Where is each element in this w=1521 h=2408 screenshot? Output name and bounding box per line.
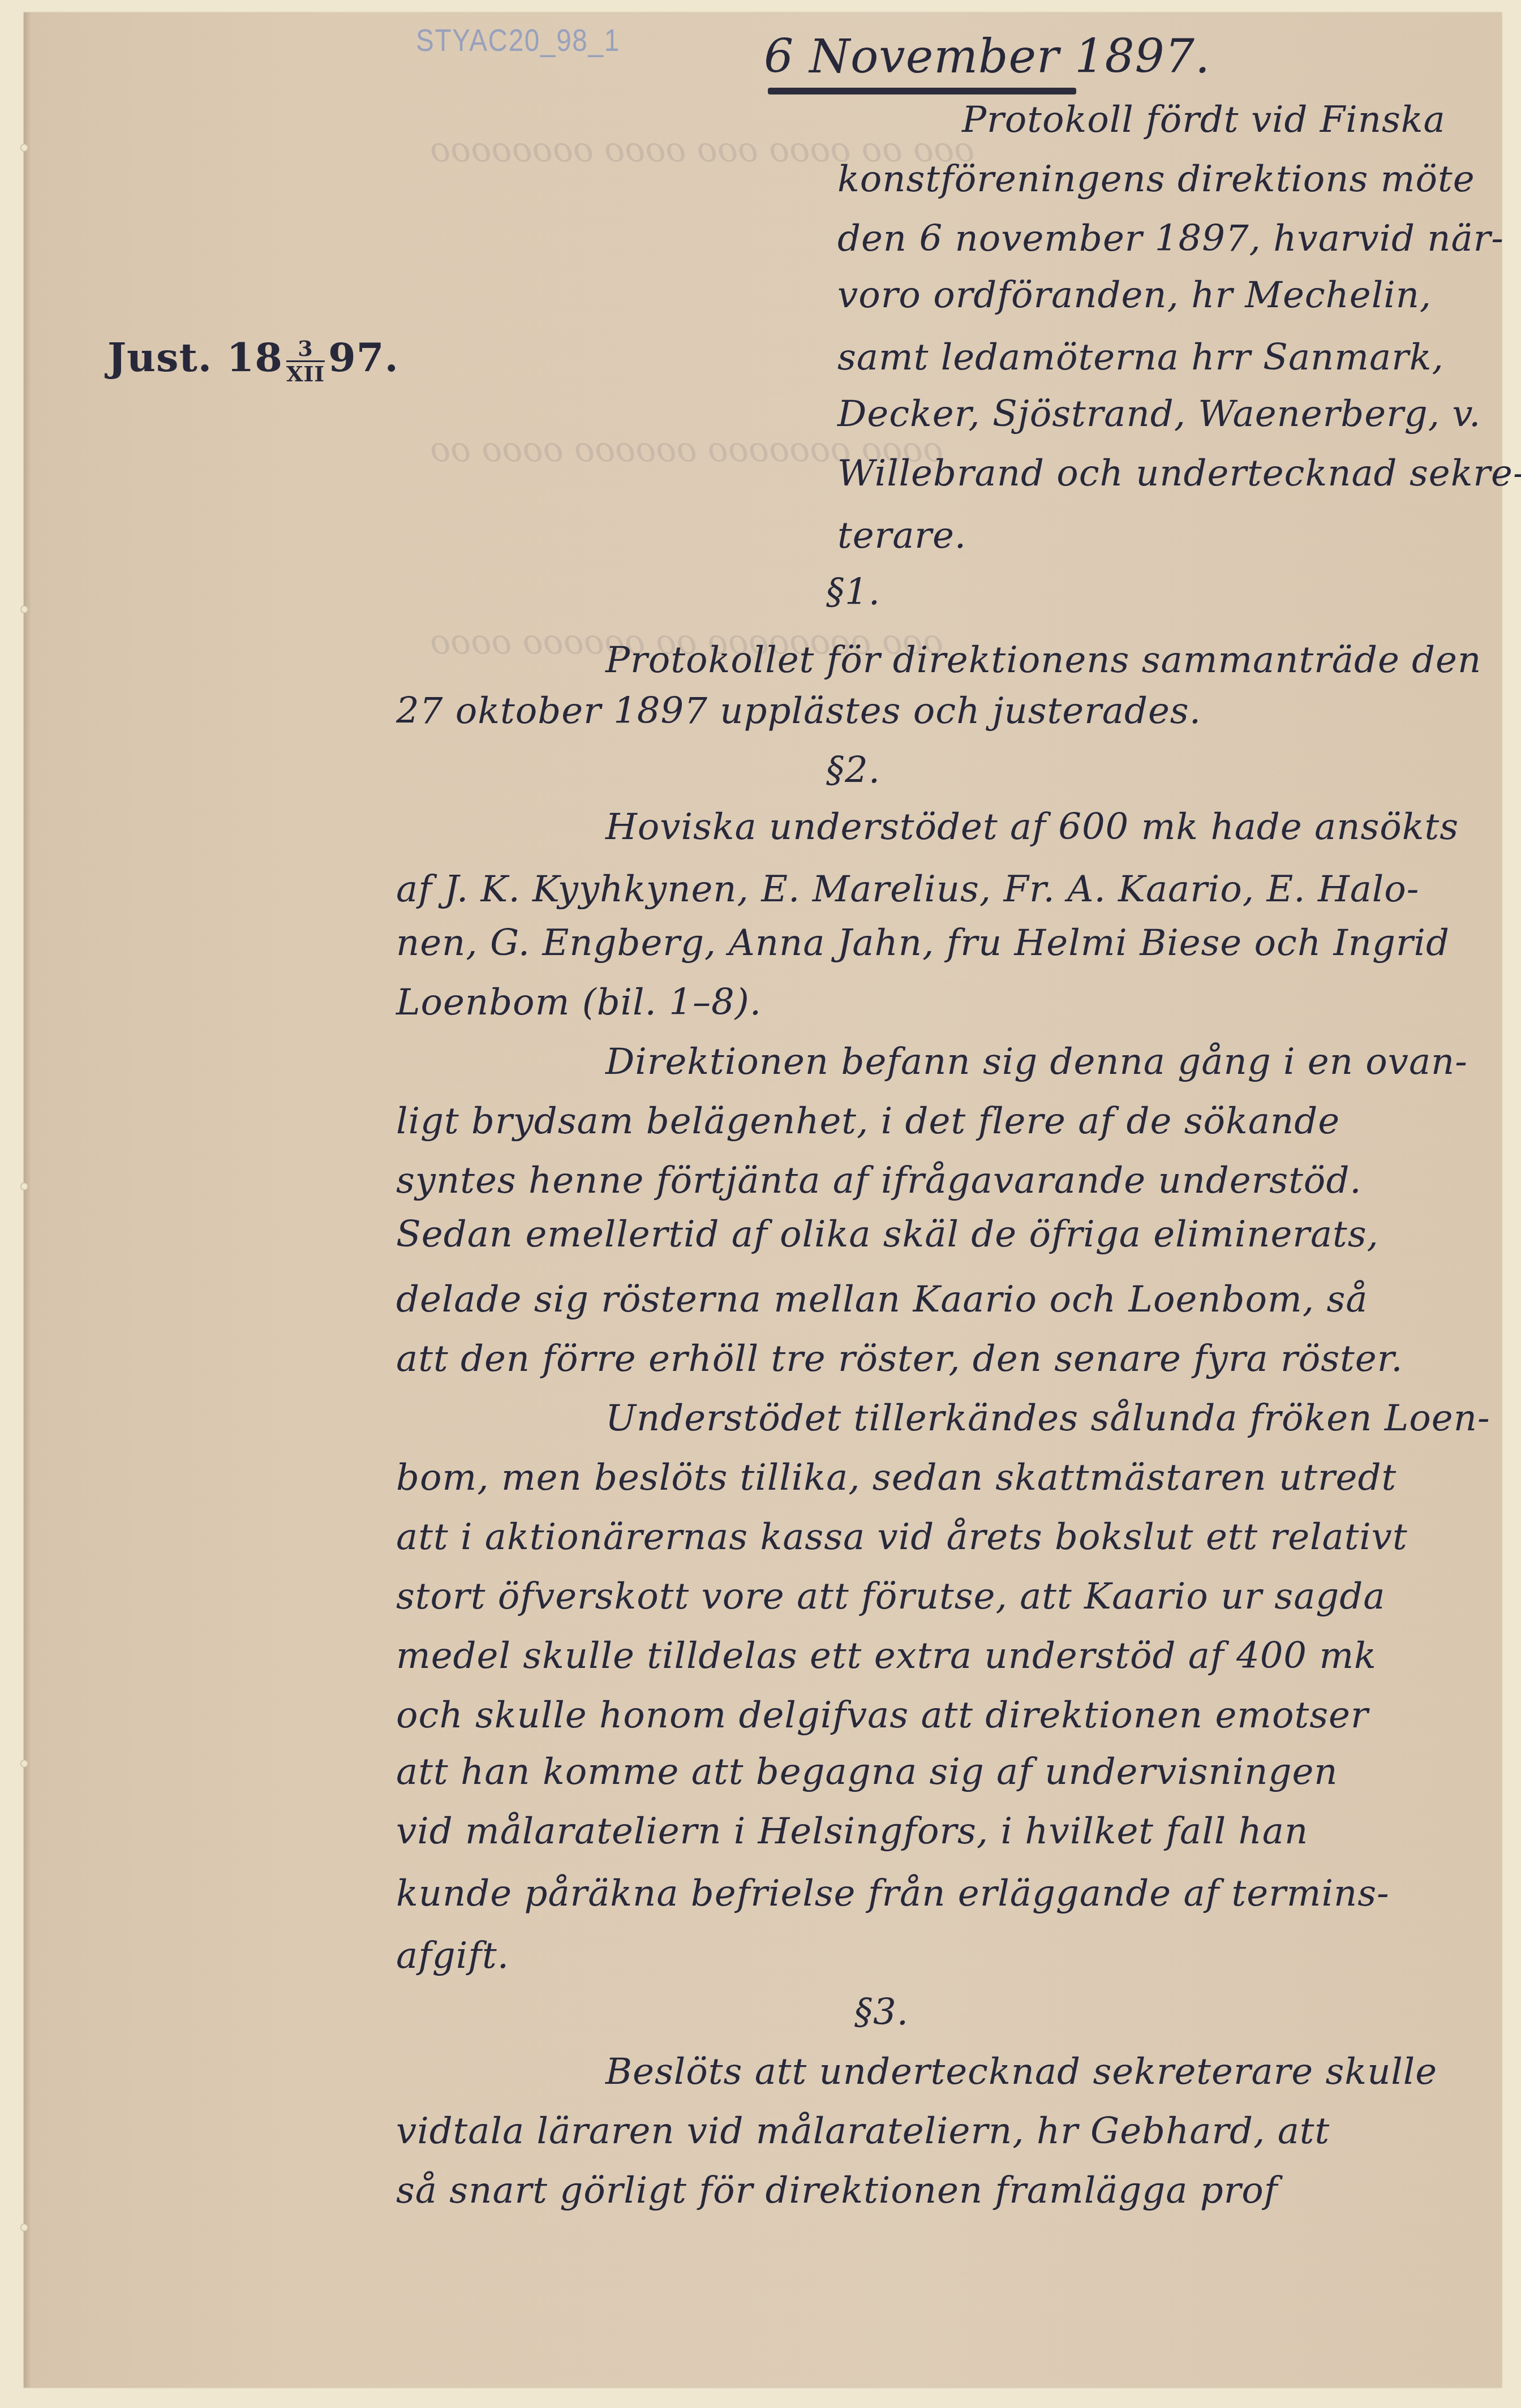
section-2-line: att i aktionärernas kassa vid årets boks… — [396, 1519, 1408, 1555]
intro-line: Decker, Sjöstrand, Waenerberg, v. — [837, 396, 1481, 432]
section-3-line: Beslöts att undertecknad sekreterare sku… — [605, 2054, 1437, 2090]
punch-hole — [20, 1760, 28, 1768]
section-2-line: Loenbom (bil. 1–8). — [396, 984, 762, 1021]
margin-note-prefix: Just. 18 — [108, 334, 283, 381]
section-2-line: ligt brydsam belägenhet, i det flere af … — [396, 1103, 1340, 1139]
section-heading-1: §1. — [826, 574, 880, 610]
intro-line: Willebrand och undertecknad sekre- — [837, 455, 1521, 492]
date-heading: 6 November 1897. — [764, 34, 1210, 80]
section-2-line: stort öfverskott vore att förutse, att K… — [396, 1579, 1385, 1615]
intro-line: terare. — [837, 518, 966, 554]
section-2-line: bom, men beslöts tillika, sedan skattmäs… — [396, 1460, 1397, 1496]
section-2-line: Understödet tillerkändes sålunda fröken … — [605, 1400, 1490, 1437]
section-2-line: vid målarateliern i Helsingfors, i hvilk… — [396, 1813, 1308, 1850]
intro-line: voro ordföranden, hr Mechelin, — [837, 277, 1432, 313]
section-2-line: medel skulle tilldelas ett extra underst… — [396, 1638, 1377, 1674]
section-3-line: vidtala läraren vid målarateliern, hr Ge… — [396, 2113, 1330, 2149]
section-2-line: nen, G. Engberg, Anna Jahn, fru Helmi Bi… — [396, 925, 1450, 961]
section-2-line: Hoviska understödet af 600 mk hade ansök… — [605, 809, 1459, 845]
punch-hole — [20, 2224, 28, 2231]
section-3-line: så snart görligt för direktionen framläg… — [396, 2173, 1278, 2209]
punch-hole — [20, 144, 28, 152]
margin-note-justified: Just. 183XII97. — [108, 337, 399, 386]
fraction-denominator: XII — [286, 362, 325, 386]
section-2-line: Sedan emellertid af olika skäl de öfriga… — [396, 1216, 1379, 1253]
intro-line: konstföreningens direktions möte — [837, 161, 1475, 197]
margin-note-fraction: 3XII — [286, 337, 325, 386]
page-edge-shadow — [24, 12, 32, 2388]
section-1-line: Protokollet för direktionens sammanträde… — [605, 642, 1481, 678]
section-2-line: Direktionen befann sig denna gång i en o… — [605, 1044, 1468, 1080]
section-2-line: delade sig rösterna mellan Kaario och Lo… — [396, 1282, 1368, 1318]
archive-stamp: STYAC20_98_1 — [416, 21, 620, 58]
section-heading-3: §3. — [854, 1994, 909, 2031]
intro-line: samt ledamöterna hrr Sanmark, — [837, 339, 1444, 376]
section-2-line: afgift. — [396, 1938, 509, 1974]
intro-line: Protokoll fördt vid Finska — [962, 102, 1446, 138]
fraction-numerator: 3 — [286, 337, 325, 362]
date-underline — [768, 88, 1076, 94]
punch-hole — [20, 605, 28, 613]
section-2-line: att den förre erhöll tre röster, den sen… — [396, 1341, 1403, 1377]
section-1-line: 27 oktober 1897 upplästes och justerades… — [396, 693, 1201, 729]
section-2-line: af J. K. Kyyhkynen, E. Marelius, Fr. A. … — [396, 871, 1419, 908]
intro-line: den 6 november 1897, hvarvid när- — [837, 221, 1504, 257]
section-2-line: kunde påräkna befrielse från erläggande … — [396, 1876, 1390, 1912]
margin-note-suffix: 97. — [328, 334, 399, 381]
section-2-line: att han komme att begagna sig af undervi… — [396, 1754, 1338, 1790]
section-2-line: syntes henne förtjänta af ifrågavarande … — [396, 1163, 1362, 1199]
section-2-line: och skulle honom delgifvas att direktion… — [396, 1697, 1369, 1734]
punch-hole — [20, 1182, 28, 1190]
section-heading-2: §2. — [826, 752, 880, 789]
